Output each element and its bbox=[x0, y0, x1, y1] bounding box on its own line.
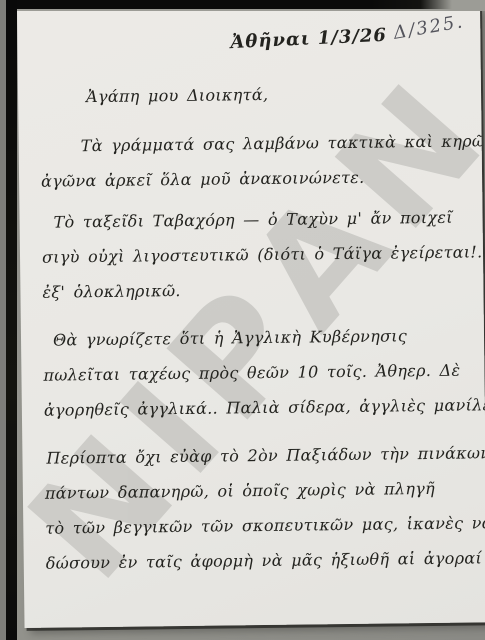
handwritten-line: τὸ τῶν βεγγικῶν τῶν σκοπευτικῶν μας, ἱκα… bbox=[45, 505, 482, 545]
handwritten-line: Τὰ γράμματά σας λαμβάνω τακτικὰ καὶ κηρῶ bbox=[80, 123, 477, 163]
handwritten-line: ἀγῶνα ἀρκεῖ ὅλα μοῦ ἀνακοινώνετε. bbox=[41, 158, 478, 198]
scan-artifact-left-band bbox=[6, 0, 17, 640]
handwritten-line: σιγὺ οὐχὶ λιγοστευτικῶ (διότι ὁ Τάϊγα ἐγ… bbox=[42, 234, 479, 274]
handwritten-line: ἀγορηθεῖς ἀγγλικά.. Παλιὰ σίδερα, ἀγγλιὲ… bbox=[44, 387, 481, 427]
paragraph-1: Τὰ γράμματά σας λαμβάνω τακτικὰ καὶ κηρῶ… bbox=[40, 123, 478, 198]
scan-artifact-top-band bbox=[0, 0, 452, 9]
letter-body: Ἀγάπη μου Διοικητά, Τὰ γράμματά σας λαμβ… bbox=[40, 74, 483, 580]
handwritten-line: ἐξ' ὁλοκληρικῶ. bbox=[42, 269, 479, 309]
scan-bed-left-edge bbox=[0, 0, 6, 640]
handwritten-line: Θὰ γνωρίζετε ὅτι ἡ Ἀγγλικὴ Κυβέρνησις bbox=[53, 317, 480, 357]
handwritten-line: Τὸ ταξεῖδι Ταβαχόρη — ὁ Ταχὺν μ' ἄν ποιχ… bbox=[53, 199, 478, 239]
handwritten-line: πάντων δαπανηρῶ, οἱ ὁποῖς χωρὶς νὰ πληγῆ bbox=[45, 470, 482, 510]
handwritten-line: Περίοπτα ὄχι εὐὰφ τὸ 2ὸν Παξιάδων τὴν πι… bbox=[46, 435, 481, 475]
paragraph-4: Περίοπτα ὄχι εὐὰφ τὸ 2ὸν Παξιάδων τὴν πι… bbox=[44, 435, 483, 580]
date-line: Ἀθῆναι 1/3/26 bbox=[230, 25, 387, 53]
handwritten-line: πωλεῖται ταχέως πρὸς θεῶν 10 τοῖς. Ἀθηερ… bbox=[43, 352, 480, 392]
paragraph-2: Τὸ ταξεῖδι Ταβαχόρη — ὁ Ταχὺν μ' ἄν ποιχ… bbox=[41, 199, 479, 309]
letter-page: ΝΙΡΑΝ Δ/325. Ἀθῆναι 1/3/26 Ἀγάπη μου Διο… bbox=[17, 4, 485, 628]
paragraph-3: Θὰ γνωρίζετε ὅτι ἡ Ἀγγλικὴ Κυβέρνησις πω… bbox=[43, 317, 481, 427]
salutation-line: Ἀγάπη μου Διοικητά, bbox=[86, 74, 477, 114]
reference-number: Δ/325. bbox=[392, 11, 466, 44]
handwritten-line: δώσουν ἐν ταῖς ἀφορμὴ νὰ μᾶς ἠξιωθῆ αἱ ἀ… bbox=[46, 540, 483, 580]
scanned-letter-screenshot: { "document": { "reference_number": "Δ/3… bbox=[0, 0, 485, 640]
